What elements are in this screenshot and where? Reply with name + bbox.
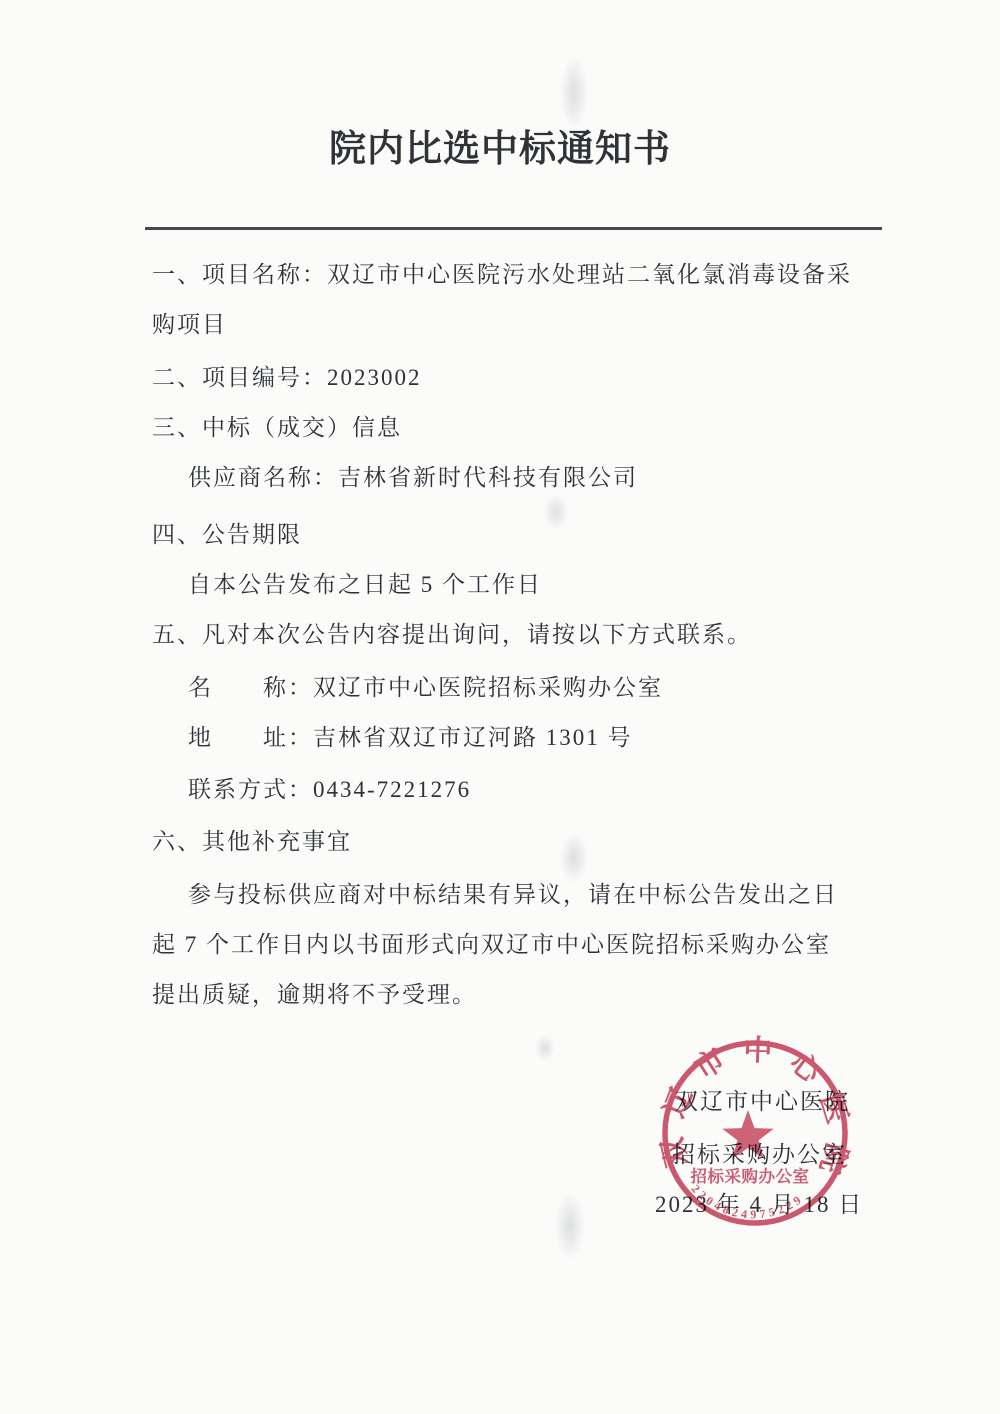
scan-artifact (555, 1192, 585, 1260)
doc-line-objection-3: 提出质疑，逾期将不予受理。 (152, 974, 477, 1016)
doc-line-award-info-heading: 三、中标（成交）信息 (152, 407, 402, 449)
doc-line-objection-1: 参与投标供应商对中标结果有异议，请在中标公告发出之日 (188, 874, 838, 916)
page-title: 院内比选中标通知书 (0, 118, 1000, 172)
doc-line-contact-name: 名 称：双辽市中心医院招标采购办公室 (188, 667, 663, 709)
doc-line-project-name-wrap: 购项目 (152, 304, 227, 346)
doc-line-contact-address: 地 址：吉林省双辽市辽河路 1301 号 (188, 717, 633, 759)
scan-artifact (535, 1034, 555, 1062)
doc-line-contact-phone: 联系方式：0434-7221276 (188, 769, 471, 811)
seal-inner-text: 招标采购办公室 (690, 1166, 810, 1186)
title-divider-rule (145, 227, 882, 230)
doc-line-supplement-heading: 六、其他补充事宜 (152, 821, 352, 863)
scan-artifact (544, 494, 568, 530)
doc-line-supplier-name: 供应商名称：吉林省新时代科技有限公司 (188, 457, 638, 499)
doc-line-project-number: 二、项目编号：2023002 (152, 357, 422, 399)
doc-line-notice-period: 自本公告发布之日起 5 个工作日 (188, 564, 542, 606)
doc-line-project-name: 一、项目名称：双辽市中心医院污水处理站二氧化氯消毒设备采 (152, 254, 852, 296)
doc-line-notice-period-heading: 四、公告期限 (152, 514, 302, 556)
doc-line-objection-2: 起 7 个工作日内以书面形式向双辽市中心医院招标采购办公室 (152, 924, 831, 966)
scanned-document-page: 院内比选中标通知书 一、项目名称：双辽市中心医院污水处理站二氧化氯消毒设备采 购… (0, 0, 1000, 1414)
official-seal: 双辽市中心医院 招标采购办公室 2204824975229 (645, 1023, 865, 1243)
doc-line-inquiry-heading: 五、凡对本次公告内容提出询问，请按以下方式联系。 (152, 614, 752, 656)
star-icon (722, 1110, 773, 1159)
seal-ring-text: 双辽市中心医院 (656, 1034, 853, 1178)
